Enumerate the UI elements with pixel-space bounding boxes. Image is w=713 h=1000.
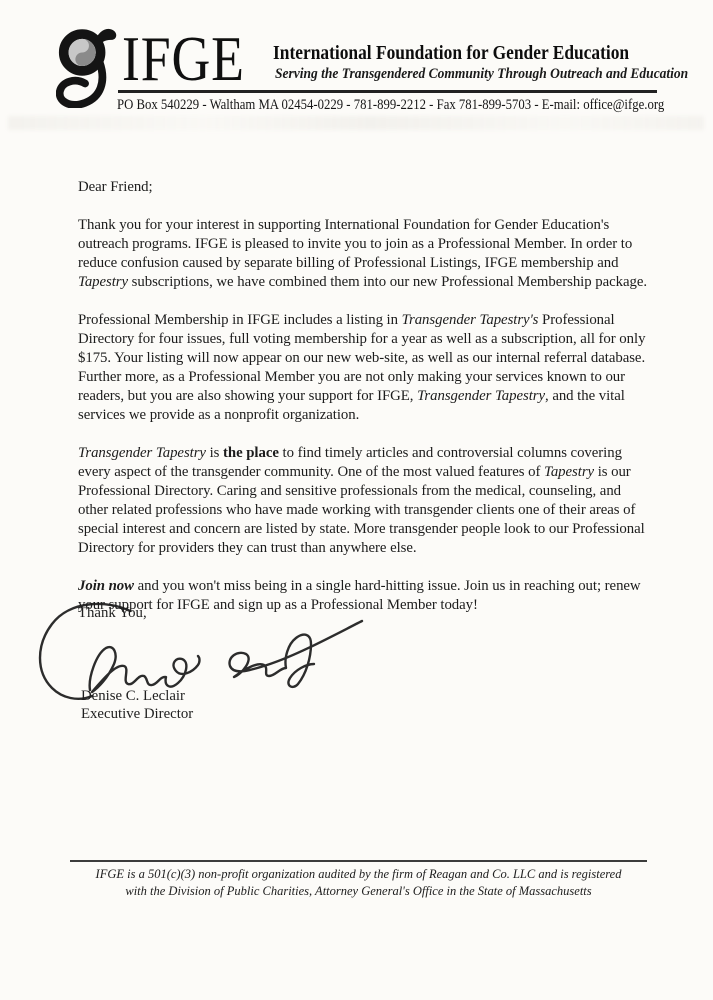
paragraph-2: Professional Membership in IFGE includes… <box>78 311 652 425</box>
text-run: Professional Membership in IFGE includes… <box>78 312 402 328</box>
paragraph-3: Transgender Tapestry is the place to fin… <box>78 444 652 558</box>
signer-title: Executive Director <box>81 706 193 723</box>
footer-legal-text: IFGE is a 501(c)(3) non-profit organizat… <box>70 866 647 900</box>
scan-artifact-band <box>8 116 704 130</box>
text-run: subscriptions, we have combined them int… <box>128 274 647 290</box>
org-abbreviation: IFGE <box>122 27 245 91</box>
footer-divider-line <box>70 860 647 862</box>
text-run-italic: Tapestry <box>544 464 594 480</box>
text-run-italic: Tapestry <box>78 274 128 290</box>
org-name-title: International Foundation for Gender Educ… <box>273 42 629 65</box>
letter-body: Dear Friend; Thank you for your interest… <box>78 178 652 634</box>
text-run-bold: the place <box>223 445 279 461</box>
text-run-italic: Transgender Tapestry <box>78 445 206 461</box>
salutation: Dear Friend; <box>78 178 652 197</box>
ifge-g-yinyang-logo-icon <box>56 26 118 108</box>
org-address-line: PO Box 540229 - Waltham MA 02454-0229 - … <box>117 97 627 114</box>
text-run-italic: Transgender Tapestry's <box>402 312 539 328</box>
text-run-italic: Transgender Tapestry <box>417 388 545 404</box>
signer-name: Denise C. Leclair <box>81 688 185 705</box>
paragraph-1: Thank you for your interest in supportin… <box>78 216 652 292</box>
footer-line-2: with the Division of Public Charities, A… <box>70 883 647 900</box>
org-tagline: Serving the Transgendered Community Thro… <box>275 66 688 83</box>
header-divider-line <box>118 90 657 93</box>
text-run: Thank you for your interest in supportin… <box>78 217 632 271</box>
scanned-letter-page: IFGE International Foundation for Gender… <box>0 0 713 1000</box>
text-run: is <box>206 445 223 461</box>
footer-line-1: IFGE is a 501(c)(3) non-profit organizat… <box>70 866 647 883</box>
text-run-bold-italic: Join now <box>78 578 134 594</box>
